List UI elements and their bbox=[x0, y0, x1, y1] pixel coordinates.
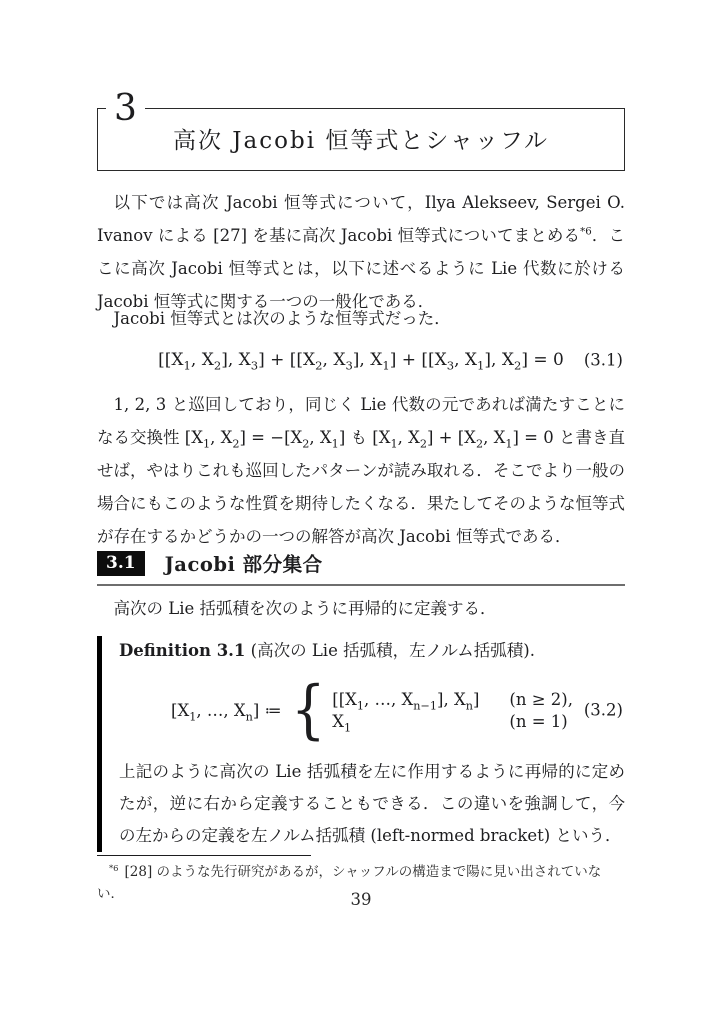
paragraph-intro: 以下では高次 Jacobi 恒等式について，Ilya Alekseev, Ser… bbox=[97, 186, 625, 318]
document-page: 3 高次 Jacobi 恒等式とシャッフル 以下では高次 Jacobi 恒等式に… bbox=[0, 0, 722, 1024]
equation-3-2: [X1, …, Xn] ≔ { [[X1, …, Xn−1], Xn] (n ≥… bbox=[119, 674, 625, 746]
page-number: 39 bbox=[0, 890, 722, 909]
cases-brace: { bbox=[291, 678, 326, 742]
footnote-marker: *6 bbox=[109, 863, 119, 873]
equation-3-1-body: [[X1, X2], X3] + [[X2, X3], X1] + [[X3, … bbox=[158, 350, 564, 370]
definition-heading: Definition 3.1 (高次の Lie 括弧積，左ノルム括弧積). bbox=[119, 636, 625, 666]
definition-label: Definition 3.1 bbox=[119, 641, 245, 660]
footnote-rule bbox=[97, 855, 311, 856]
section-title: Jacobi 部分集合 bbox=[165, 549, 323, 577]
section-number-badge: 3.1 bbox=[97, 551, 145, 576]
definition-title: (高次の Lie 括弧積，左ノルム括弧積). bbox=[245, 641, 535, 660]
equation-3-1-tag: (3.1) bbox=[584, 351, 623, 370]
equation-3-1: [[X1, X2], X3] + [[X2, X3], X1] + [[X3, … bbox=[97, 342, 625, 378]
section-heading: 3.1 Jacobi 部分集合 bbox=[97, 549, 625, 586]
case-1-condition: (n ≥ 2), bbox=[509, 690, 573, 709]
definition-body: 上記のように高次の Lie 括弧積を左に作用するように再帰的に定めたが，逆に右か… bbox=[119, 756, 625, 852]
equation-3-2-lhs: [X1, …, Xn] ≔ bbox=[171, 701, 282, 720]
chapter-heading-box: 3 高次 Jacobi 恒等式とシャッフル bbox=[97, 108, 625, 171]
equation-3-2-tag: (3.2) bbox=[584, 701, 623, 720]
chapter-number: 3 bbox=[106, 89, 145, 129]
paragraph-cyclic: 1, 2, 3 と巡回しており，同じく Lie 代数の元であれば満たすことになる… bbox=[97, 388, 625, 553]
definition-block: Definition 3.1 (高次の Lie 括弧積，左ノルム括弧積). [X… bbox=[97, 636, 625, 852]
case-2-expression: X1 bbox=[332, 712, 479, 731]
paragraph-jacobi-lead: Jacobi 恒等式とは次のような恒等式だった． bbox=[97, 302, 625, 335]
case-2-condition: (n = 1) bbox=[509, 712, 573, 731]
section-lead-paragraph: 高次の Lie 括弧積を次のように再帰的に定義する． bbox=[97, 592, 625, 625]
case-1-expression: [[X1, …, Xn−1], Xn] bbox=[332, 690, 479, 709]
cases-grid: [[X1, …, Xn−1], Xn] (n ≥ 2), X1 (n = 1) bbox=[332, 690, 573, 731]
chapter-title: 高次 Jacobi 恒等式とシャッフル bbox=[98, 109, 624, 170]
